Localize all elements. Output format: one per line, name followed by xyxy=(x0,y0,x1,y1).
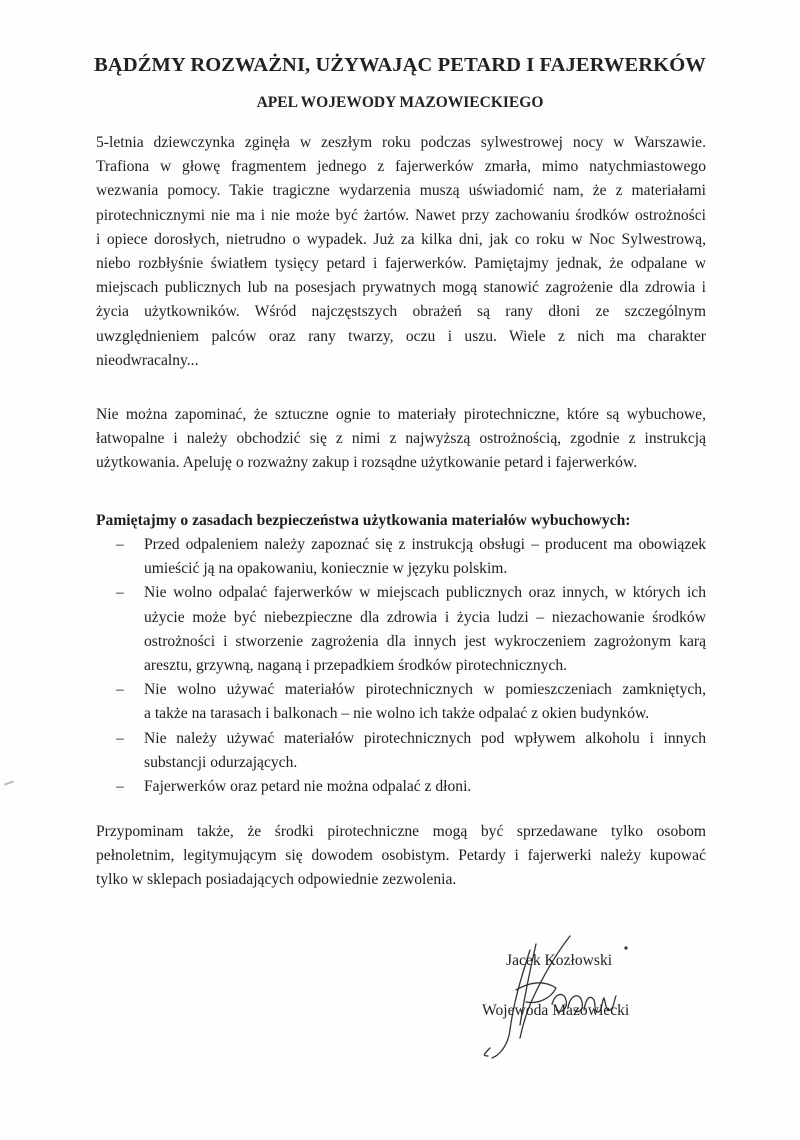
paragraph-line: łatwopalne i należy obchodzić się z nimi… xyxy=(96,427,706,451)
paragraph-line: wezwania pomocy. Takie tragiczne wydarze… xyxy=(96,179,706,203)
list-item-line: Przed odpaleniem należy zapoznać się z i… xyxy=(144,533,706,557)
paragraph-line: miejscach publicznych lub na posesjach p… xyxy=(96,276,706,300)
list-item-line: Nie wolno używać materiałów pirotechnicz… xyxy=(144,678,706,702)
list-item: – Nie wolno używać materiałów pirotechni… xyxy=(96,678,706,726)
list-item-line: Nie wolno odpalać fajerwerków w miejscac… xyxy=(144,581,706,605)
list-item: – Nie wolno odpalać fajerwerków w miejsc… xyxy=(96,581,706,678)
paragraph-line: życia użytkowników. Wśród najczęstszych … xyxy=(96,300,706,324)
paragraph-line: 5-letnia dziewczynka zginęła w zeszłym r… xyxy=(96,131,706,155)
paragraph-line: uwzględnieniem palców oraz rany twarzy, … xyxy=(96,325,706,349)
paragraph-reminder: Przypominam także, że środki pirotechnic… xyxy=(96,820,706,893)
scan-artifact xyxy=(4,780,14,785)
dash-bullet-icon: – xyxy=(116,678,124,702)
paragraph-line: Przypominam także, że środki pirotechnic… xyxy=(96,820,706,844)
safety-rules-list: – Przed odpaleniem należy zapoznać się z… xyxy=(96,533,706,799)
paragraph-warning: Nie można zapominać, że sztuczne ognie t… xyxy=(96,403,706,476)
dash-bullet-icon: – xyxy=(116,775,124,799)
document-page: BĄDŹMY ROZWAŻNI, UŻYWAJĄC PETARD I FAJER… xyxy=(0,0,800,1140)
paragraph-intro: 5-letnia dziewczynka zginęła w zeszłym r… xyxy=(96,131,706,373)
dash-bullet-icon: – xyxy=(116,581,124,605)
rules-heading: Pamiętajmy o zasadach bezpieczeństwa uży… xyxy=(96,512,630,530)
list-item-line: Nie należy używać materiałów pirotechnic… xyxy=(144,727,706,751)
list-item-line: użycie może być niebezpieczne dla zdrowi… xyxy=(144,606,706,630)
signatory-name: Jacek Kozłowski xyxy=(506,952,612,970)
list-item: – Przed odpaleniem należy zapoznać się z… xyxy=(96,533,706,581)
document-title: BĄDŹMY ROZWAŻNI, UŻYWAJĄC PETARD I FAJER… xyxy=(0,54,800,77)
paragraph-line: niebo rozbłyśnie światłem tysięcy petard… xyxy=(96,252,706,276)
dash-bullet-icon: – xyxy=(116,727,124,751)
list-item: – Nie należy używać materiałów pirotechn… xyxy=(96,727,706,775)
paragraph-line: nieodwracalny... xyxy=(96,349,706,373)
list-item-line: substancji odurzających. xyxy=(144,751,706,775)
list-item-line: umieścić ją na opakowaniu, koniecznie w … xyxy=(144,557,706,581)
paragraph-line: Trafiona w głowę fragmentem jednego z fa… xyxy=(96,155,706,179)
document-subtitle: APEL WOJEWODY MAZOWIECKIEGO xyxy=(0,94,800,112)
list-item-line: ostrożności i stworzenie zagrożenia dla … xyxy=(144,630,706,654)
list-item-line: a także na tarasach i balkonach – nie wo… xyxy=(144,702,706,726)
paragraph-line: i opiece dorosłych, nietrudno o wypadek.… xyxy=(96,228,706,252)
signatory-title: Wojewoda Mazowiecki xyxy=(482,1002,629,1020)
list-item-line: Fajerwerków oraz petard nie można odpala… xyxy=(144,775,706,799)
paragraph-line: tylko w sklepach posiadających odpowiedn… xyxy=(96,868,706,892)
paragraph-line: Nie można zapominać, że sztuczne ognie t… xyxy=(96,403,706,427)
paragraph-line: pirotechnicznymi nie ma i nie może być ż… xyxy=(96,204,706,228)
list-item: – Fajerwerków oraz petard nie można odpa… xyxy=(96,775,706,799)
paragraph-line: użytkowania. Apeluję o rozważny zakup i … xyxy=(96,451,706,475)
paragraph-line: pełnoletnim, legitymującym się dowodem o… xyxy=(96,844,706,868)
list-item-line: aresztu, grzywną, naganą i przepadkiem ś… xyxy=(144,654,706,678)
dash-bullet-icon: – xyxy=(116,533,124,557)
handwritten-signature-icon xyxy=(470,930,680,1060)
